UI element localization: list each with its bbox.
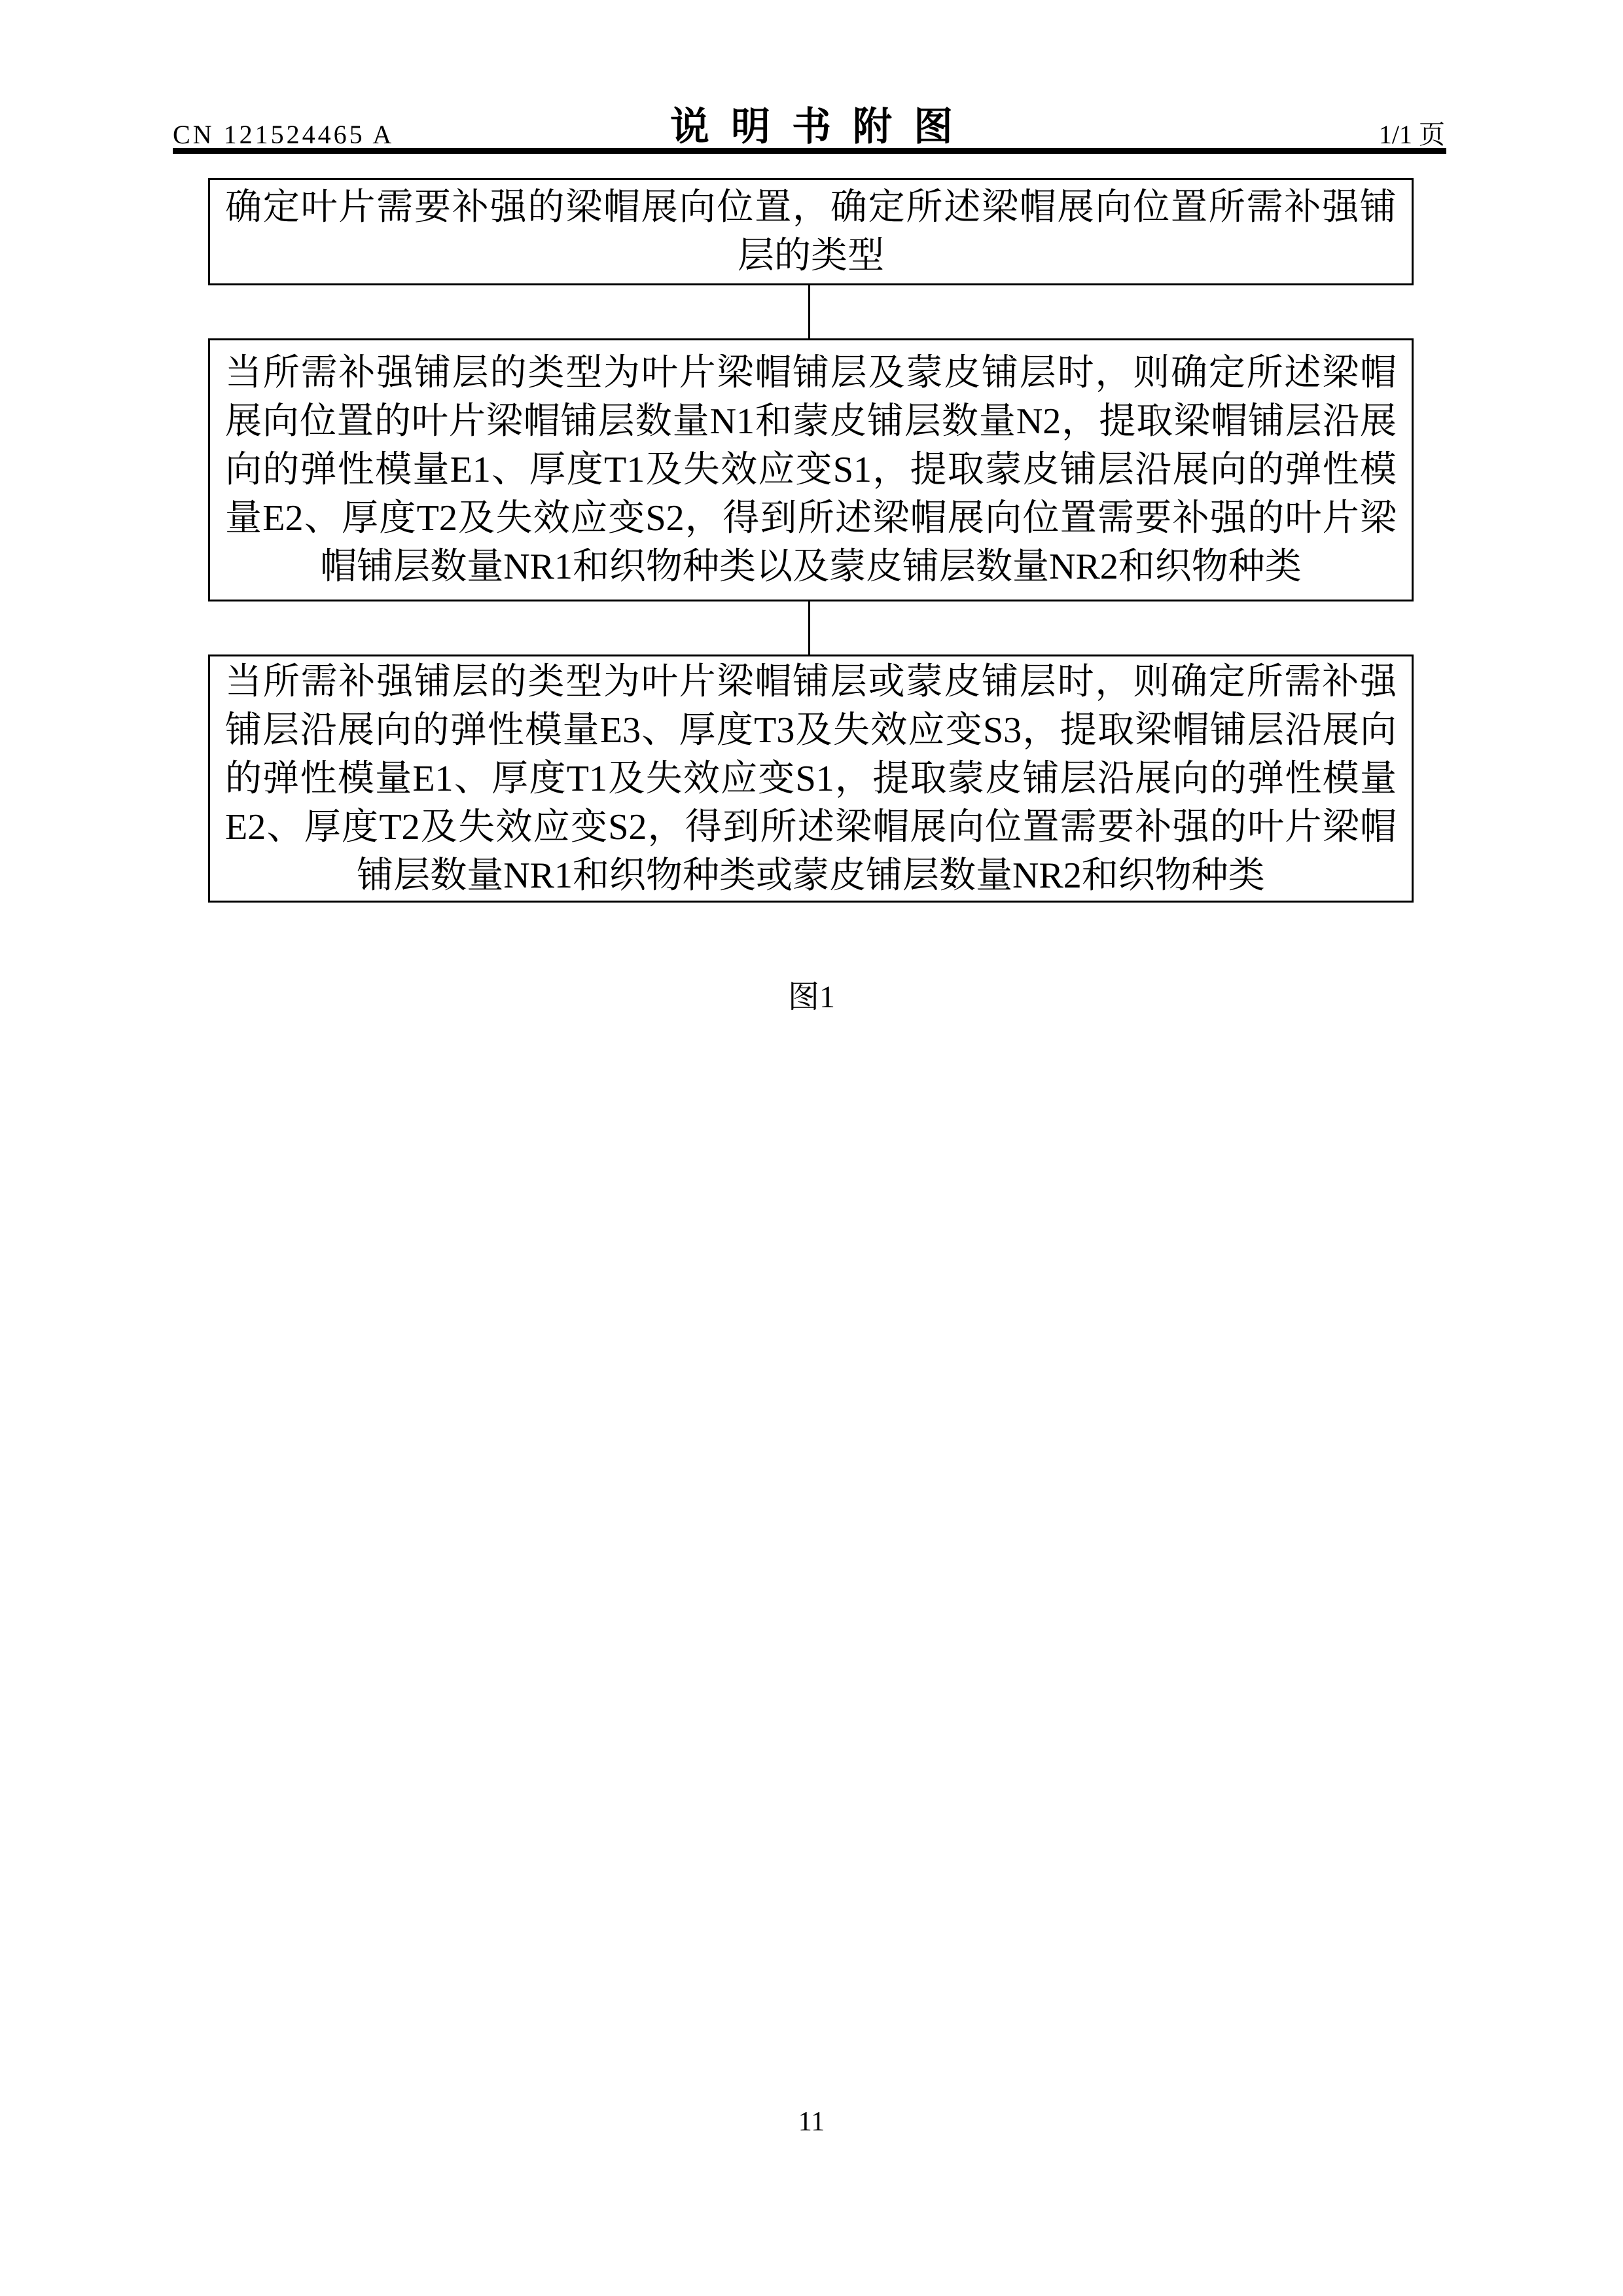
flow-step-2-line-3: 向的弹性模量E1、厚度T1及失效应变S1，提取蒙皮铺层沿展向的弹性模 xyxy=(210,446,1412,494)
flow-step-2-line-4: 量E2、厚度T2及失效应变S2，得到所述梁帽展向位置需要补强的叶片梁 xyxy=(210,494,1412,543)
flow-step-1-line-1: 确定叶片需要补强的梁帽展向位置，确定所述梁帽展向位置所需补强铺 xyxy=(210,183,1412,232)
flow-step-3-line-1: 当所需补强铺层的类型为叶片梁帽铺层或蒙皮铺层时，则确定所需补强 xyxy=(210,658,1412,706)
flow-step-2-box: 当所需补强铺层的类型为叶片梁帽铺层及蒙皮铺层时，则确定所述梁帽 展向位置的叶片梁… xyxy=(208,338,1414,601)
flow-step-2-line-5: 帽铺层数量NR1和织物种类以及蒙皮铺层数量NR2和织物种类 xyxy=(210,543,1412,591)
flow-step-3-line-3: 的弹性模量E1、厚度T1及失效应变S1，提取蒙皮铺层沿展向的弹性模量 xyxy=(210,755,1412,803)
flow-step-1-box: 确定叶片需要补强的梁帽展向位置，确定所述梁帽展向位置所需补强铺 层的类型 xyxy=(208,178,1414,285)
patent-sheet-page: CN 121524465 A 说明书附图 1/1 页 确定叶片需要补强的梁帽展向… xyxy=(0,0,1623,2296)
page-indicator: 1/1 页 xyxy=(1379,114,1445,151)
flow-step-3-box: 当所需补强铺层的类型为叶片梁帽铺层或蒙皮铺层时，则确定所需补强 铺层沿展向的弹性… xyxy=(208,655,1414,903)
sheet-title: 说明书附图 xyxy=(670,96,974,152)
flow-step-3-line-2: 铺层沿展向的弹性模量E3、厚度T3及失效应变S3，提取梁帽铺层沿展向 xyxy=(210,706,1412,755)
connector-line-1 xyxy=(808,285,810,338)
header-divider-rule xyxy=(173,148,1446,154)
flow-step-3-line-4: E2、厚度T2及失效应变S2，得到所述梁帽展向位置需要补强的叶片梁帽 xyxy=(210,803,1412,852)
flow-step-2-line-2: 展向位置的叶片梁帽铺层数量N1和蒙皮铺层数量N2，提取梁帽铺层沿展 xyxy=(210,397,1412,446)
connector-line-2 xyxy=(808,601,810,655)
page-number: 11 xyxy=(0,2106,1623,2138)
flow-step-2-line-1: 当所需补强铺层的类型为叶片梁帽铺层及蒙皮铺层时，则确定所述梁帽 xyxy=(210,349,1412,397)
flow-step-3-line-5: 铺层数量NR1和织物种类或蒙皮铺层数量NR2和织物种类 xyxy=(210,852,1412,900)
figure-caption: 图1 xyxy=(0,971,1623,1016)
flow-step-1-line-2: 层的类型 xyxy=(210,232,1412,280)
